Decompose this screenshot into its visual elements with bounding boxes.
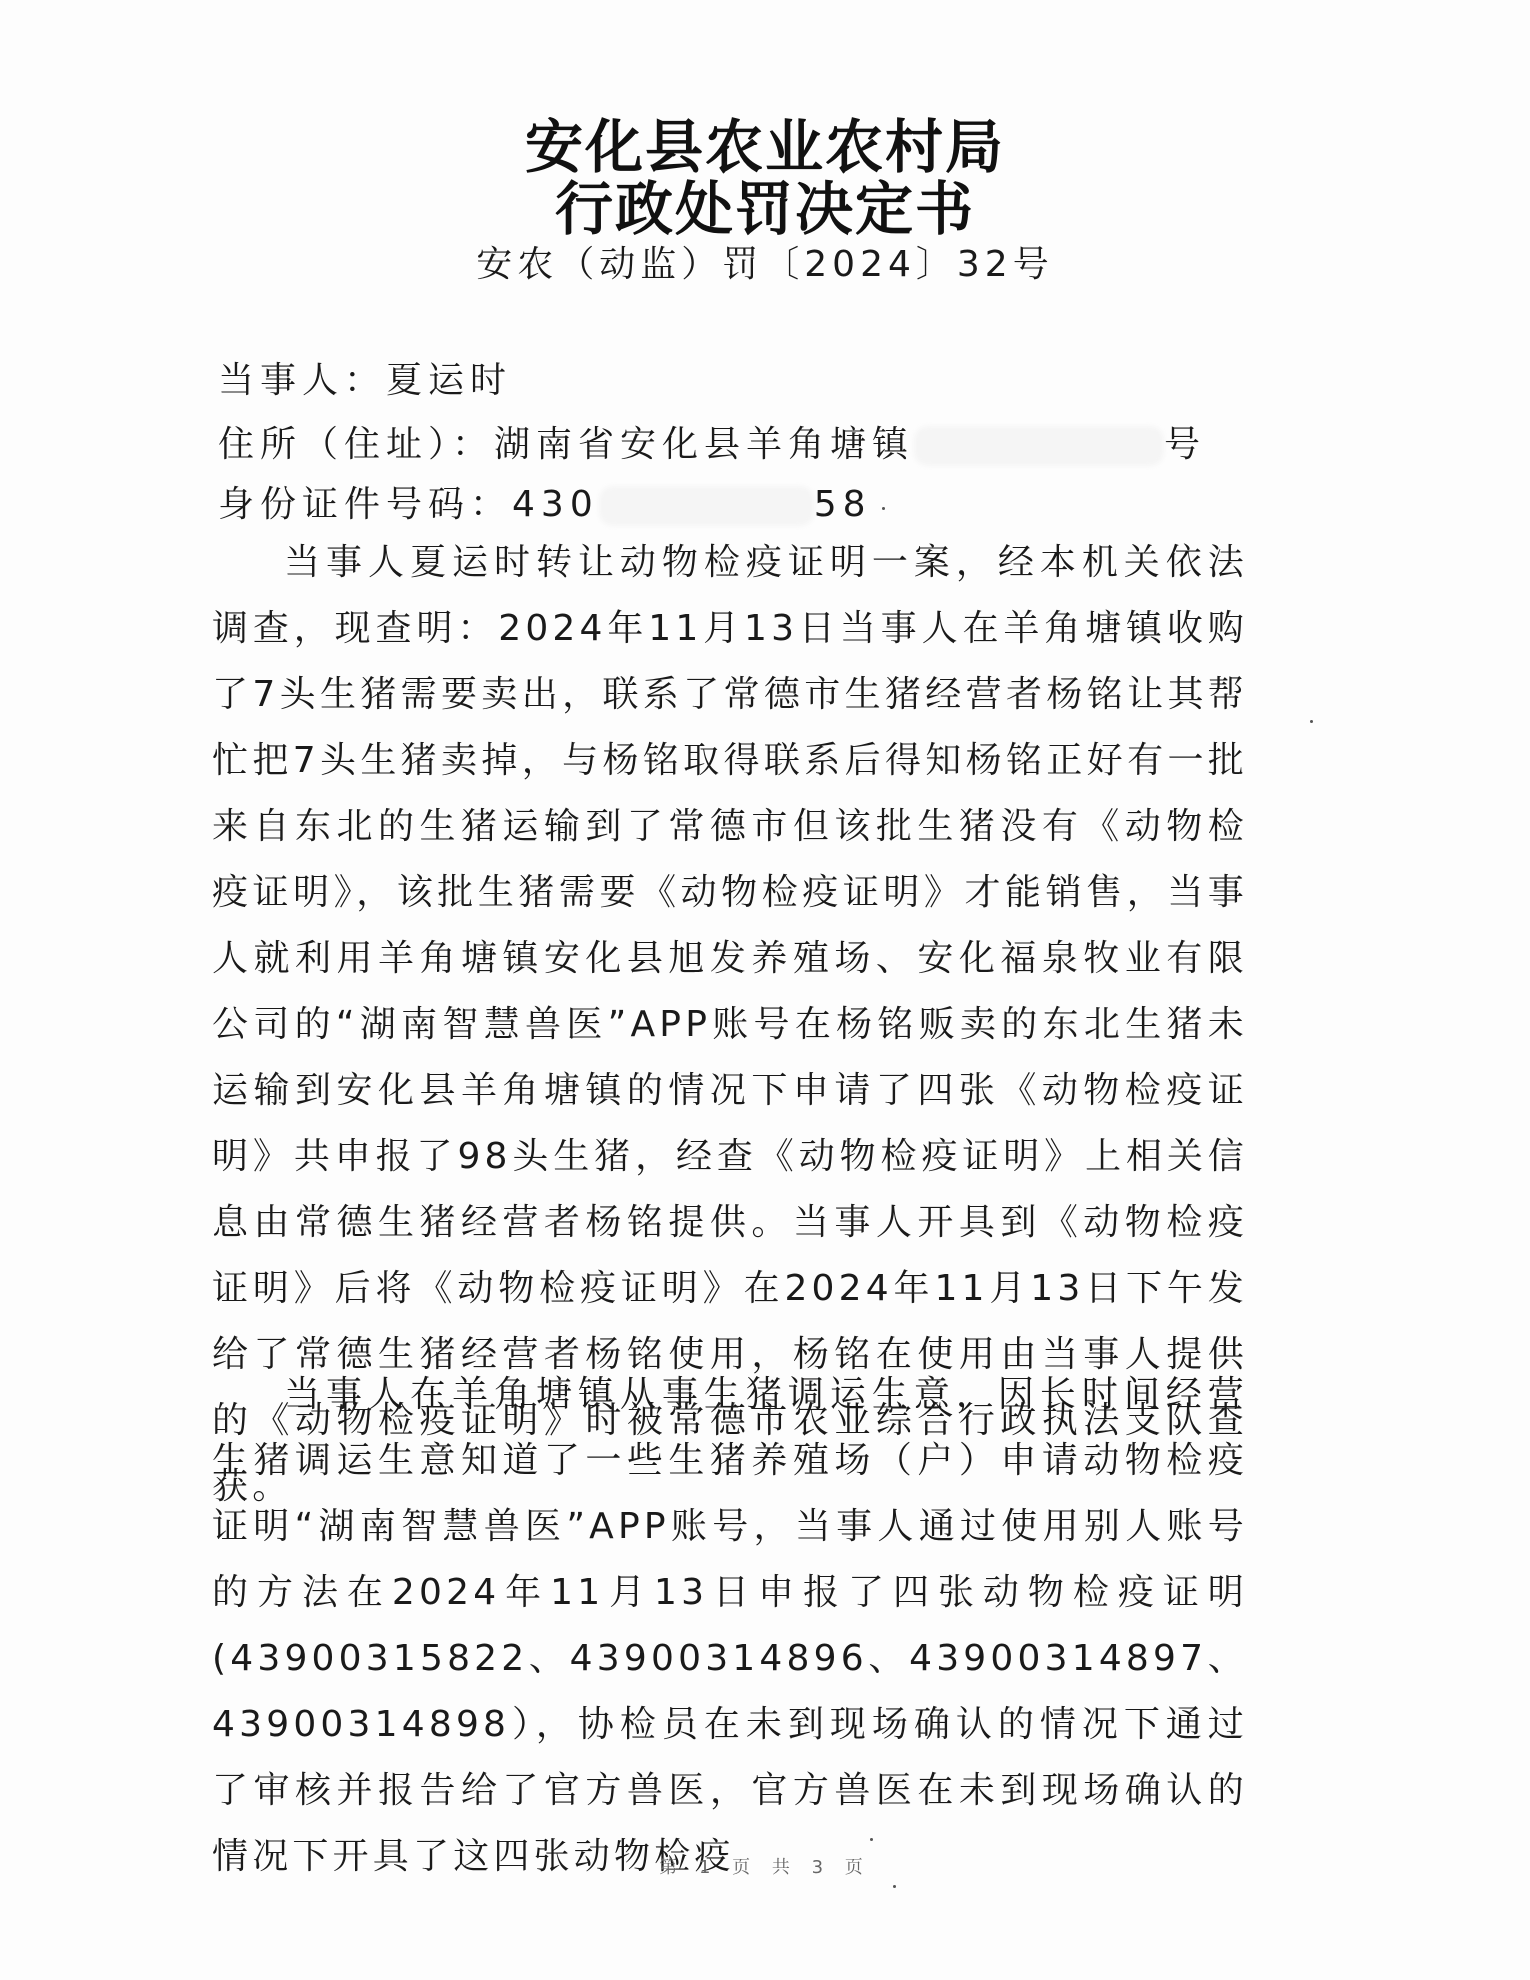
paragraph-text: 当事人在羊角塘镇从事生猪调运生意，因长时间经营生猪调运生意知道了一些生猪养殖场（… bbox=[212, 1362, 1248, 1890]
party-name: 夏运时 bbox=[386, 360, 512, 401]
party-label: 当事人： bbox=[218, 360, 386, 401]
address-label: 住所（住址）： bbox=[218, 424, 494, 465]
page-number-footer: 第 1 页 共 3 页 bbox=[0, 1853, 1530, 1879]
address-suffix: 号 bbox=[1164, 424, 1206, 465]
party-line: 当事人：夏运时 bbox=[218, 352, 512, 403]
id-number-prefix: 430 bbox=[512, 484, 599, 525]
facts-paragraph-2: 当事人在羊角塘镇从事生猪调运生意，因长时间经营生猪调运生意知道了一些生猪养殖场（… bbox=[212, 1362, 1248, 1890]
address-value: 湖南省安化县羊角塘镇 bbox=[494, 424, 914, 465]
scan-speck bbox=[893, 1885, 896, 1888]
id-number-label: 身份证件号码： bbox=[218, 484, 512, 525]
redacted-address-block bbox=[914, 426, 1164, 466]
redacted-id-block bbox=[599, 486, 814, 526]
id-number-suffix: 58 bbox=[814, 484, 872, 525]
document-page: 安化县农业农村局 行政处罚决定书 安农（动监）罚〔2024〕32号 当事人：夏运… bbox=[0, 0, 1530, 1980]
document-number: 安农（动监）罚〔2024〕32号 bbox=[0, 236, 1530, 287]
address-line: 住所（住址）：湖南省安化县羊角塘镇号 bbox=[218, 416, 1206, 467]
scan-speck bbox=[1310, 720, 1313, 723]
document-type-title: 行政处罚决定书 bbox=[0, 162, 1530, 246]
scan-speck bbox=[882, 507, 885, 510]
id-number-line: 身份证件号码：43058 bbox=[218, 476, 872, 527]
scan-speck bbox=[870, 1838, 873, 1841]
